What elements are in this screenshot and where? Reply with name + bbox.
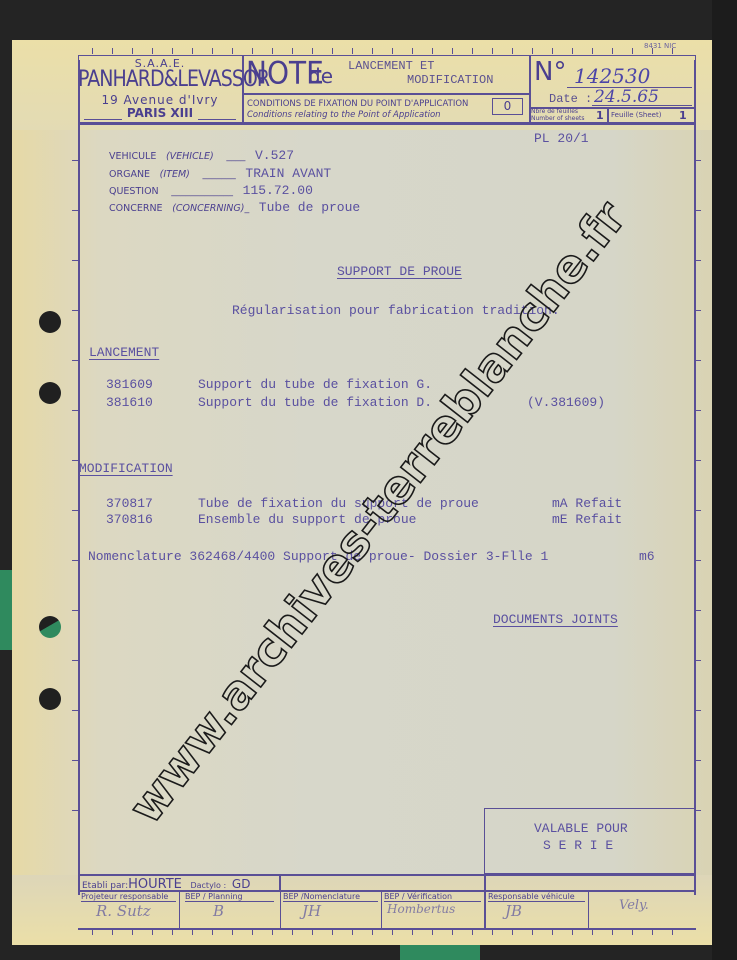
item-desc: Support du tube de fixation D.: [198, 395, 432, 410]
punch-hole: [39, 382, 61, 404]
signature-label: Projeteur responsable: [81, 892, 176, 902]
field-label: QUESTION: [109, 186, 159, 197]
signature-cell-extra: Vely.: [589, 890, 696, 928]
sheets-label: Nbre de feuilles Number of sheets: [531, 108, 585, 122]
signature: Hombertus: [387, 902, 455, 916]
signature-label: BEP / Vérification: [384, 892, 481, 902]
right-margin-rule: [694, 60, 696, 895]
signature-label: BEP /Nomenclature: [283, 892, 378, 902]
validity-line2: S E R I E: [543, 838, 613, 853]
address-underline: [198, 119, 236, 120]
date-value: 24.5.65: [594, 87, 659, 107]
footer-bottom-rule: [78, 928, 696, 930]
field-question: QUESTION _____________ 115.72.00: [109, 181, 313, 199]
signature-cell-projeteur: Projeteur responsable R. Sutz: [78, 890, 180, 928]
sheets-value: 1: [596, 109, 604, 122]
sheets-label-en: Number of sheets: [531, 115, 585, 122]
item-ref: 370817: [106, 496, 153, 511]
form-code: 8431 NIC: [644, 42, 676, 50]
punch-hole: [39, 311, 61, 333]
list-item: 381609: [106, 377, 153, 392]
footer-top-rule: [78, 874, 696, 876]
field-label: CONCERNE: [109, 203, 163, 214]
signature-cell-nomenclature: BEP /Nomenclature JH: [280, 890, 382, 928]
punch-hole: [39, 616, 61, 638]
date-underline: [592, 105, 692, 106]
field-value: 115.72.00: [243, 183, 313, 198]
header-bottom-rule: [78, 123, 696, 125]
company-name: PANHARD&LEVASSOR: [78, 66, 242, 91]
green-strip-left: [0, 570, 12, 650]
number-label: N°: [534, 57, 566, 87]
list-item: 381610: [106, 395, 153, 410]
field-label-en: (CONCERNING): [172, 203, 244, 214]
validity-line1: VALABLE POUR: [534, 821, 628, 836]
conditions-value: 0: [504, 99, 512, 113]
signature-label: Responsable véhicule: [488, 892, 585, 902]
field-label: ORGANE: [109, 169, 150, 180]
item-note: (V.381609): [527, 395, 605, 410]
item-desc: Support du tube de fixation G.: [198, 377, 432, 392]
reference-code: PL 20/1: [534, 131, 589, 146]
conditions-value-box: 0: [492, 98, 523, 115]
conditions-label-fr: CONDITIONS DE FIXATION DU POINT D'APPLIC…: [247, 99, 468, 109]
note-type-line1: LANCEMENT ET: [348, 59, 434, 73]
signature: JB: [505, 902, 522, 920]
signature: B: [213, 902, 224, 920]
note-type-line2: MODIFICATION: [407, 73, 493, 87]
nomenclature-index: m6: [639, 549, 655, 564]
item-ref: 381609: [106, 377, 153, 392]
item-note: mE Refait: [552, 512, 622, 527]
sheet-divider: [607, 107, 609, 123]
signature: JH: [302, 902, 321, 920]
signature-cell-verification: BEP / Vérification Hombertus: [381, 890, 484, 928]
item-ref: 381610: [106, 395, 153, 410]
conditions-label-en: Conditions relating to the Point of Appl…: [247, 110, 441, 120]
signature-cell-planning: BEP / Planning B: [179, 890, 281, 928]
punch-hole: [39, 688, 61, 710]
sheet-label: Feuille (Sheet): [611, 111, 661, 119]
field-value: V.527: [255, 148, 294, 163]
date-label: Date :: [549, 92, 592, 106]
green-strip-bottom: [400, 945, 480, 960]
lancement-heading: LANCEMENT: [89, 345, 159, 360]
item-ref: 370816: [106, 512, 153, 527]
company-address: 19 Avenue d'Ivry: [78, 93, 242, 107]
address-underline: [84, 119, 122, 120]
signature-label: BEP / Planning: [185, 892, 274, 902]
company-city: PARIS XIII: [78, 106, 242, 120]
field-vehicule: VEHICULE (VEHICLE) ____ V.527: [109, 146, 294, 164]
body-title: SUPPORT DE PROUE: [337, 264, 462, 279]
conditions-top-rule: [242, 93, 530, 95]
dactylo-value: GD: [232, 877, 251, 891]
documents-joints: DOCUMENTS JOINTS: [493, 612, 618, 627]
item-desc: Tube de fixation du support de proue: [198, 496, 479, 511]
footer-divider: [279, 874, 281, 890]
field-value: TRAIN AVANT: [245, 166, 331, 181]
left-margin-rule: [78, 60, 80, 895]
signature: Vely.: [619, 898, 649, 913]
scanner-background-right: [712, 0, 737, 960]
field-label: VEHICULE: [109, 151, 156, 162]
modification-heading: MODIFICATION: [79, 461, 173, 476]
field-label-en: (VEHICLE): [166, 151, 214, 162]
dactylo-label: Dactylo :: [190, 881, 226, 890]
field-concerne: CONCERNE (CONCERNING)_ Tube de proue: [109, 198, 360, 216]
signature: R. Sutz: [96, 902, 151, 920]
field-value: Tube de proue: [259, 200, 360, 215]
note-de: de: [308, 64, 333, 88]
field-organe: ORGANE (ITEM) _______ TRAIN AVANT: [109, 164, 331, 182]
field-label-en: (ITEM): [160, 169, 190, 180]
item-note: mA Refait: [552, 496, 622, 511]
sheet-value: 1: [679, 109, 687, 122]
number-value: 142530: [574, 64, 650, 88]
sheets-label-fr: Nbre de feuilles: [531, 108, 585, 115]
signature-cell-responsable: Responsable véhicule JB: [485, 890, 589, 928]
